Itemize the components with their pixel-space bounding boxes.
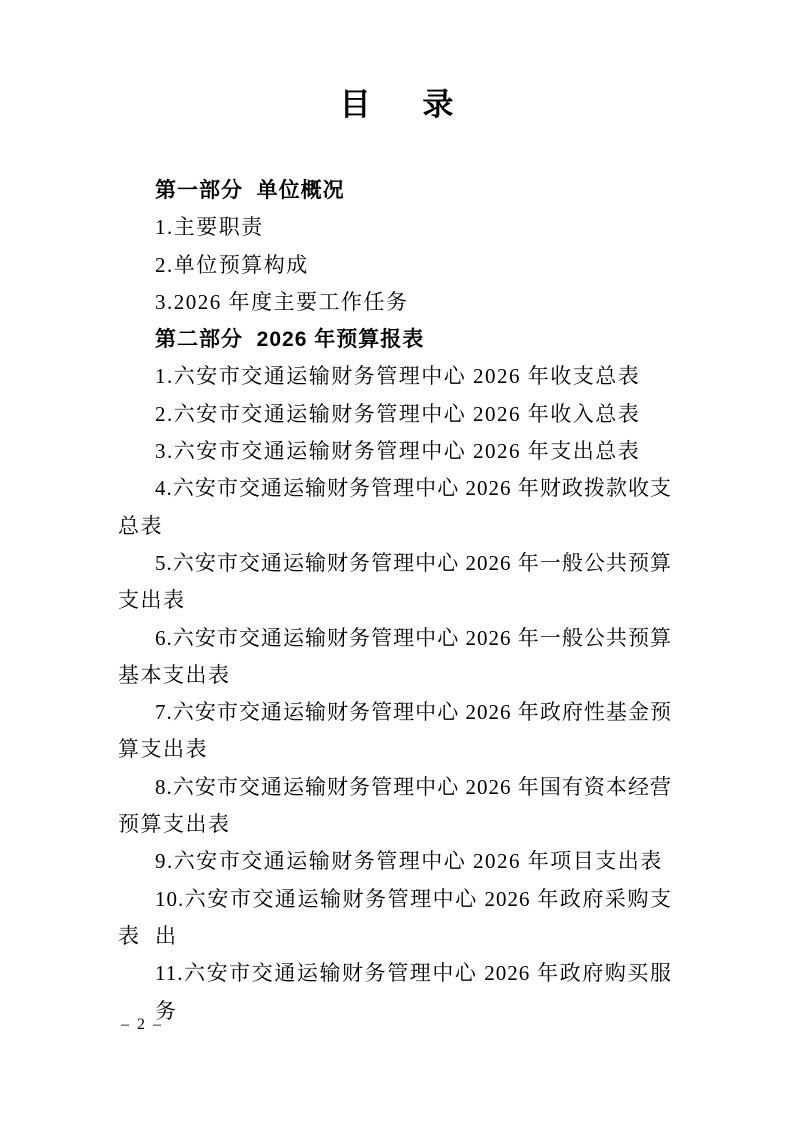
section-heading-1: 第一部分 单位概况 [118, 172, 672, 209]
toc-line: 3.2026 年度主要工作任务 [118, 284, 672, 321]
table-of-contents: 第一部分 单位概况1.主要职责2.单位预算构成3.2026 年度主要工作任务第二… [118, 172, 672, 993]
document-page: 目 录 第一部分 单位概况1.主要职责2.单位预算构成3.2026 年度主要工作… [0, 0, 793, 1122]
toc-line: 1.六安市交通运输财务管理中心 2026 年收支总表 [118, 358, 672, 395]
toc-line: 表 [118, 918, 672, 955]
toc-line: 算支出表 [118, 731, 672, 768]
toc-line: 预算支出表 [118, 806, 672, 843]
toc-line: 基本支出表 [118, 657, 672, 694]
toc-line: 2.六安市交通运输财务管理中心 2026 年收入总表 [118, 396, 672, 433]
toc-line: 6.六安市交通运输财务管理中心 2026 年一般公共预算 [118, 620, 672, 657]
page-number: – 2 – [121, 1013, 163, 1037]
toc-line: 4.六安市交通运输财务管理中心 2026 年财政拨款收支 [118, 470, 672, 507]
toc-line: 11.六安市交通运输财务管理中心 2026 年政府购买服务 [118, 955, 672, 992]
toc-line: 2.单位预算构成 [118, 247, 672, 284]
toc-line: 8.六安市交通运输财务管理中心 2026 年国有资本经营 [118, 769, 672, 806]
toc-line: 支出表 [118, 582, 672, 619]
toc-line: 10.六安市交通运输财务管理中心 2026 年政府采购支出 [118, 881, 672, 918]
toc-line: 9.六安市交通运输财务管理中心 2026 年项目支出表 [118, 843, 672, 880]
section-heading-2: 第二部分 2026 年预算报表 [118, 321, 672, 358]
page-title: 目 录 [0, 86, 793, 125]
toc-line: 3.六安市交通运输财务管理中心 2026 年支出总表 [118, 433, 672, 470]
toc-line: 1.主要职责 [118, 209, 672, 246]
toc-line: 总表 [118, 508, 672, 545]
toc-line: 5.六安市交通运输财务管理中心 2026 年一般公共预算 [118, 545, 672, 582]
toc-line: 7.六安市交通运输财务管理中心 2026 年政府性基金预 [118, 694, 672, 731]
